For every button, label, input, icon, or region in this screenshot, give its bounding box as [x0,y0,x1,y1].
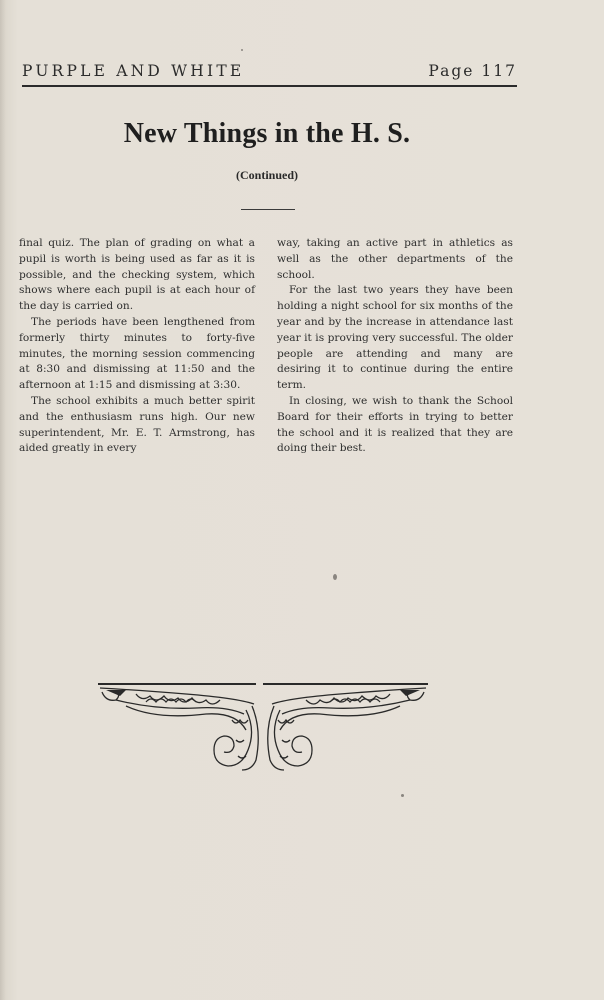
paragraph: The school exhibits a much better spirit… [19,394,255,457]
acanthus-ornament-icon [96,680,430,775]
title-divider [241,209,295,210]
running-head: PURPLE AND WHITE Page 117 [22,62,517,80]
publication-title: PURPLE AND WHITE [22,62,244,80]
paragraph: final quiz. The plan of grading on what … [19,236,255,315]
header-rule [22,85,517,87]
paper-speck [333,574,337,580]
paper-speck [241,49,243,51]
paper-speck [401,794,404,797]
right-column: way, taking an active part in athletics … [277,236,513,457]
paragraph: In closing, we wish to thank the School … [277,394,513,457]
article-subtitle: (Continued) [0,168,534,183]
paragraph: The periods have been lengthened from fo… [19,315,255,394]
page-number: Page 117 [428,62,517,80]
left-column: final quiz. The plan of grading on what … [19,236,255,457]
article-title: New Things in the H. S. [0,118,534,150]
paragraph: For the last two years they have been ho… [277,283,513,394]
paragraph: way, taking an active part in athletics … [277,236,513,283]
